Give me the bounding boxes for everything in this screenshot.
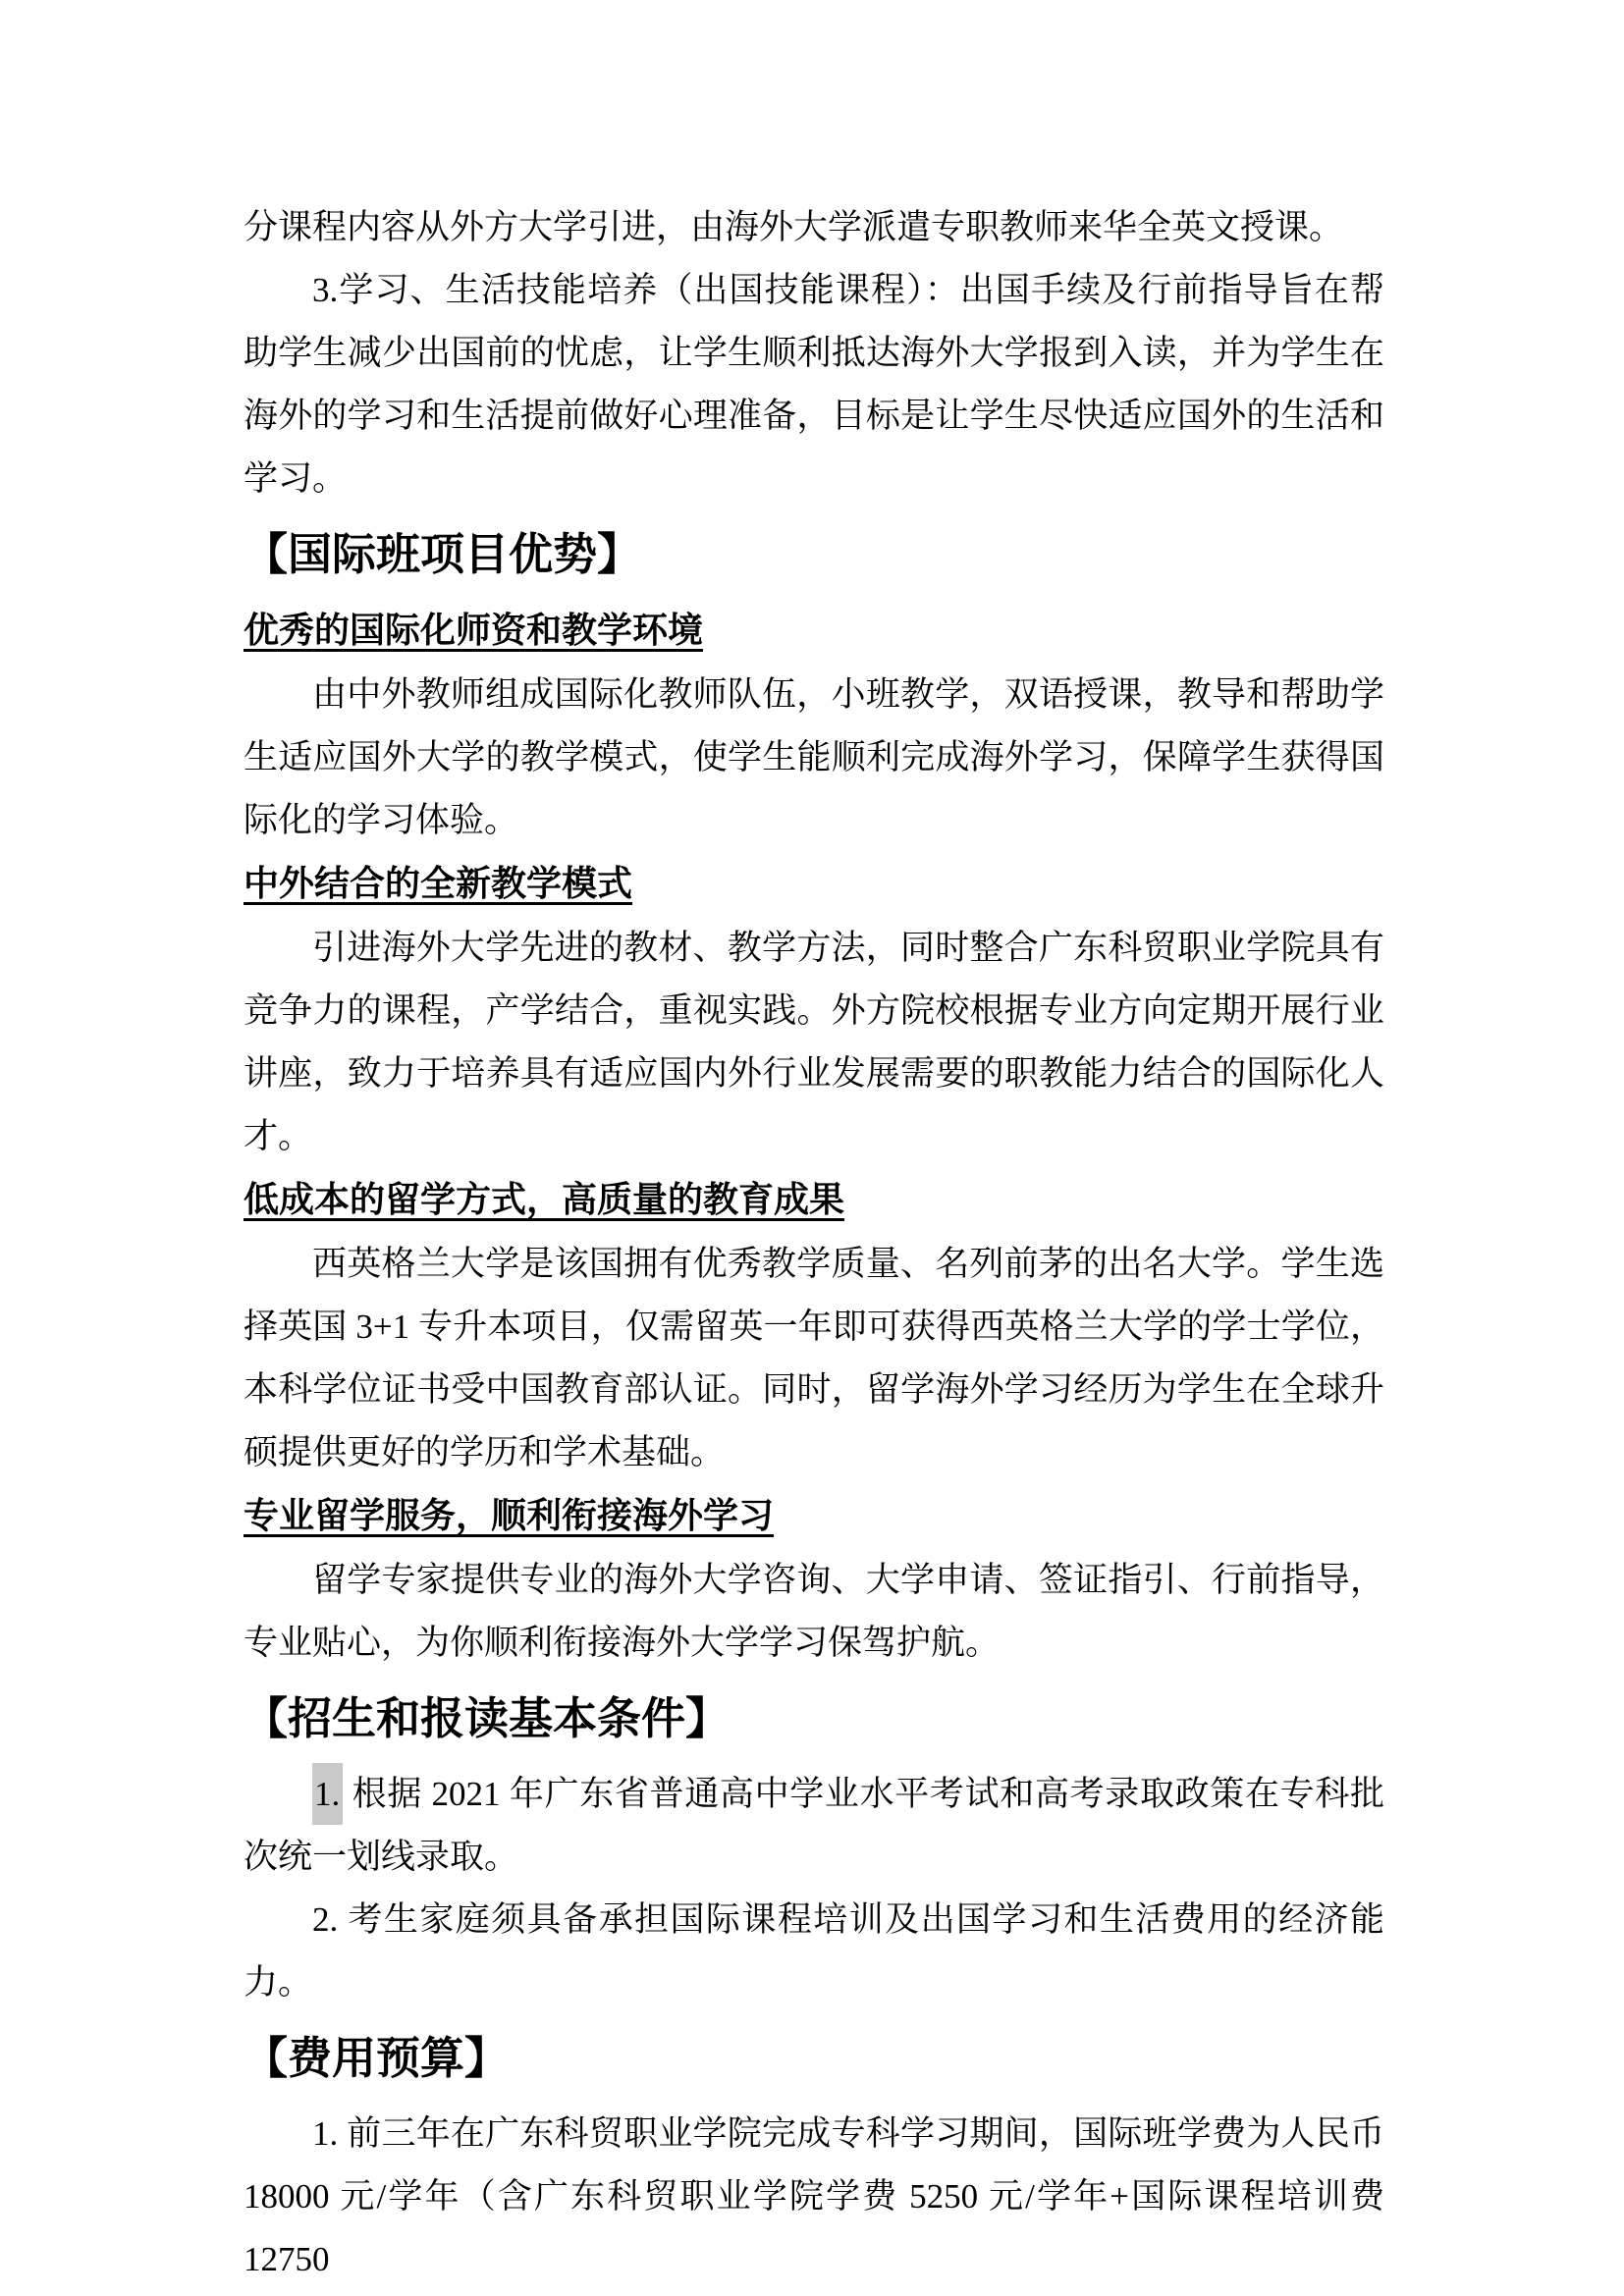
document-page: 分课程内容从外方大学引进，由海外大学派遣专职教师来华全英文授课。 3.学习、生活… <box>0 0 1624 2296</box>
paragraph-low-cost: 西英格兰大学是该国拥有优秀教学质量、名列前茅的出名大学。学生选择英国 3+1 专… <box>244 1233 1384 1484</box>
selection-highlight-marker: 1. <box>312 1763 343 1825</box>
paragraph-admission-item-1: 1. 根据 2021 年广东省普通高中学业水平考试和高考录取政策在专科批次统一划… <box>244 1763 1384 1889</box>
paragraph-teaching-model: 引进海外大学先进的教材、教学方法，同时整合广东科贸职业学院具有竞争力的课程，产学… <box>244 917 1384 1168</box>
paragraph-study-abroad-service: 留学专家提供专业的海外大学咨询、大学申请、签证指引、行前指导，专业贴心，为你顺利… <box>244 1549 1384 1675</box>
admission-item-1-text: 根据 2021 年广东省普通高中学业水平考试和高考录取政策在专科批次统一划线录取… <box>244 1775 1384 1876</box>
paragraph-faculty-environment: 由中外教师组成国际化教师队伍，小班教学，双语授课，教导和帮助学生适应国外大学的教… <box>244 664 1384 852</box>
subheading-faculty-environment: 优秀的国际化师资和教学环境 <box>244 599 1384 664</box>
subheading-study-abroad-service: 专业留学服务，顺利衔接海外学习 <box>244 1484 1384 1549</box>
subheading-teaching-model: 中外结合的全新教学模式 <box>244 852 1384 917</box>
section-heading-advantages: 【国际班项目优势】 <box>244 523 1384 586</box>
section-heading-admission: 【招生和报读基本条件】 <box>244 1687 1384 1750</box>
paragraph-budget-item-1: 1. 前三年在广东科贸职业学院完成专科学习期间，国际班学费为人民币 18000 … <box>244 2103 1384 2291</box>
section-heading-budget: 【费用预算】 <box>244 2027 1384 2090</box>
paragraph-admission-item-2: 2. 考生家庭须具备承担国际课程培训及出国学习和生活费用的经济能力。 <box>244 1889 1384 2014</box>
paragraph-item-3: 3.学习、生活技能培养（出国技能课程）：出国手续及行前指导旨在帮助学生减少出国前… <box>244 259 1384 510</box>
subheading-low-cost: 低成本的留学方式，高质量的教育成果 <box>244 1168 1384 1233</box>
paragraph-continuation: 分课程内容从外方大学引进，由海外大学派遣专职教师来华全英文授课。 <box>244 196 1384 259</box>
